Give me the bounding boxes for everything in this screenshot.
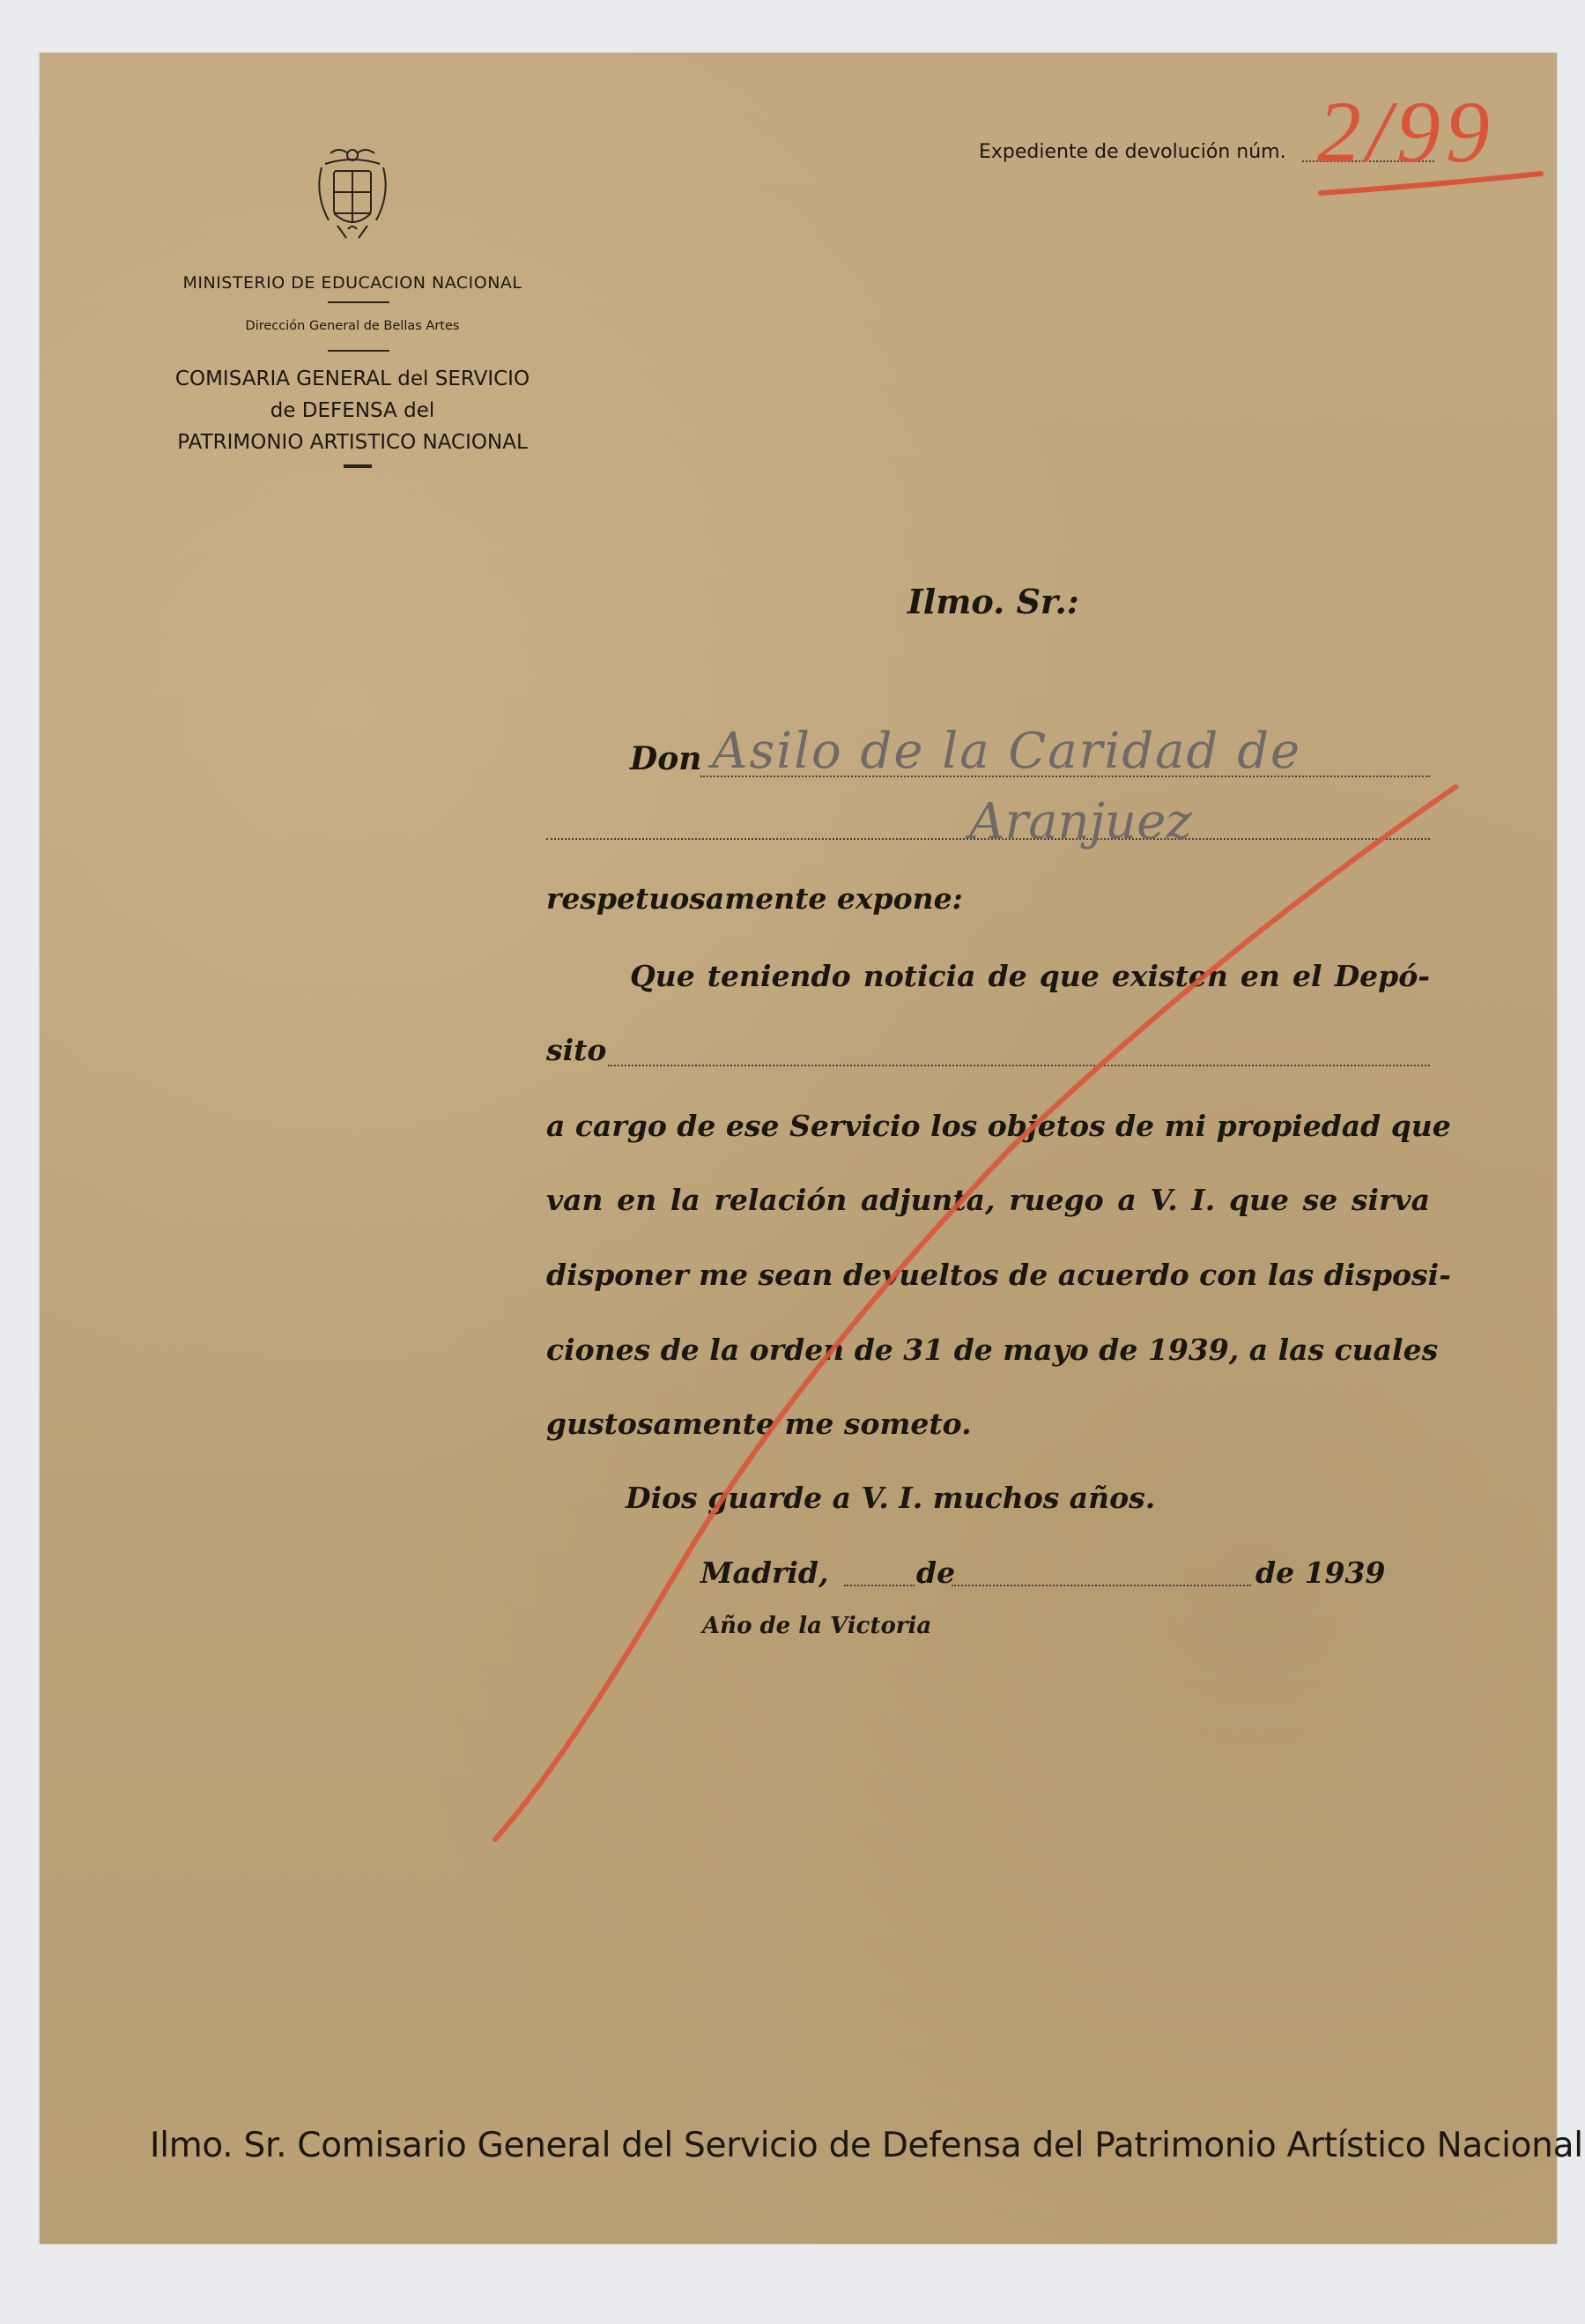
- divider: [328, 301, 389, 303]
- handwritten-name-line-1: Asilo de la Caridad de: [712, 723, 1301, 780]
- ano-victoria: Año de la Victoria: [702, 1613, 931, 1639]
- comisaria-line-1: COMISARIA GENERAL del SERVICIO: [141, 363, 564, 395]
- don-label: Don: [630, 740, 701, 777]
- day-field-line: [844, 1585, 915, 1586]
- year-label: de 1939: [1255, 1556, 1385, 1590]
- closing-text: Dios guarde a V. I. muchos años.: [626, 1481, 1155, 1515]
- place-label: Madrid,: [700, 1556, 828, 1590]
- body-line-3: a cargo de ese Servicio los objetos de m…: [546, 1109, 1430, 1143]
- divider: [328, 350, 389, 352]
- comisaria-line-2: de DEFENSA del: [141, 395, 564, 427]
- comisaria-title: COMISARIA GENERAL del SERVICIO de DEFENS…: [141, 363, 564, 458]
- salutation: Ilmo. Sr.:: [907, 582, 1079, 621]
- coat-of-arms-icon: [313, 141, 392, 245]
- direccion-general: Dirección General de Bellas Artes: [141, 319, 564, 333]
- expediente-label: Expediente de devolución núm.: [979, 141, 1286, 163]
- body-line-7: gustosamente me someto.: [546, 1407, 972, 1441]
- divider: [344, 464, 372, 468]
- body-line-5: disponer me sean devueltos de acuerdo co…: [546, 1258, 1430, 1292]
- ministry-title: MINISTERIO DE EDUCACION NACIONAL: [141, 273, 564, 293]
- body-line-1: Que teniendo noticia de que existen en e…: [630, 959, 1430, 993]
- red-underline: [1317, 163, 1546, 198]
- deposito-field-line: [608, 1065, 1430, 1066]
- footer-addressee: Ilmo. Sr. Comisario General del Servicio…: [150, 2126, 1583, 2165]
- body-line-4: van en la relación adjunta, ruego a V. I…: [546, 1183, 1430, 1217]
- comisaria-line-3: PATRIMONIO ARTISTICO NACIONAL: [141, 427, 564, 458]
- body-line-6: ciones de la orden de 31 de mayo de 1939…: [546, 1333, 1430, 1367]
- expone-text: respetuosamente expone:: [546, 881, 963, 916]
- month-field-line: [952, 1585, 1251, 1586]
- handwritten-name-line-2: Aranjuez: [969, 793, 1192, 850]
- deposito-label: sito: [546, 1033, 606, 1067]
- de-label: de: [916, 1556, 955, 1590]
